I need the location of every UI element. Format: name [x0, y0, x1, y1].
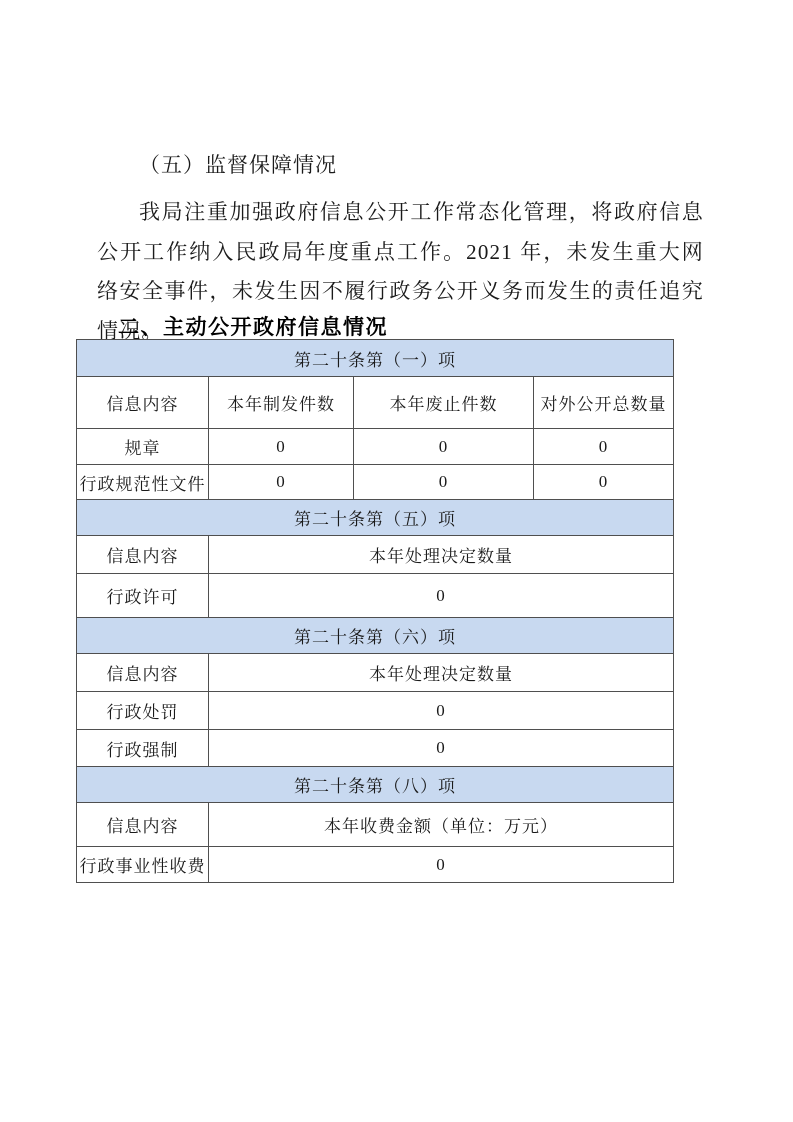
table-row: 行政处罚0 [77, 692, 674, 730]
column-header: 信息内容 [77, 654, 209, 692]
value-cell: 0 [209, 429, 354, 465]
table-row: 行政强制0 [77, 730, 674, 767]
table-row: 行政许可0 [77, 574, 674, 618]
value-cell: 0 [209, 730, 674, 767]
column-header: 信息内容 [77, 536, 209, 574]
section-title: 第二十条第（一）项 [77, 340, 674, 377]
column-header: 本年制发件数 [209, 377, 354, 429]
row-label: 行政规范性文件 [77, 465, 209, 500]
section-title: 第二十条第（五）项 [77, 500, 674, 536]
column-header-row: 信息内容本年处理决定数量 [77, 536, 674, 574]
row-label: 行政事业性收费 [77, 847, 209, 883]
column-header-row: 信息内容本年制发件数本年废止件数对外公开总数量 [77, 377, 674, 429]
disclosure-table-body: 第二十条第（一）项信息内容本年制发件数本年废止件数对外公开总数量规章000行政规… [77, 340, 674, 883]
table-row: 行政事业性收费0 [77, 847, 674, 883]
section-5-heading: （五）监督保障情况 [97, 149, 707, 179]
column-header: 本年处理决定数量 [209, 654, 674, 692]
section-title-row: 第二十条第（六）项 [77, 618, 674, 654]
row-label: 规章 [77, 429, 209, 465]
value-cell: 0 [209, 847, 674, 883]
section-title-row: 第二十条第（八）项 [77, 767, 674, 803]
value-cell: 0 [354, 465, 534, 500]
row-label: 行政强制 [77, 730, 209, 767]
column-header: 信息内容 [77, 377, 209, 429]
table-row: 行政规范性文件000 [77, 465, 674, 500]
value-cell: 0 [209, 574, 674, 618]
row-label: 行政处罚 [77, 692, 209, 730]
column-header: 信息内容 [77, 803, 209, 847]
value-cell: 0 [354, 429, 534, 465]
document-page: （五）监督保障情况 我局注重加强政府信息公开工作常态化管理，将政府信息公开工作纳… [0, 0, 793, 1122]
row-label: 行政许可 [77, 574, 209, 618]
value-cell: 0 [534, 465, 674, 500]
value-cell: 0 [209, 692, 674, 730]
column-header: 对外公开总数量 [534, 377, 674, 429]
disclosure-table: 第二十条第（一）项信息内容本年制发件数本年废止件数对外公开总数量规章000行政规… [76, 339, 674, 883]
column-header: 本年处理决定数量 [209, 536, 674, 574]
section-title-row: 第二十条第（五）项 [77, 500, 674, 536]
section-title: 第二十条第（八）项 [77, 767, 674, 803]
column-header-row: 信息内容本年收费金额（单位：万元） [77, 803, 674, 847]
column-header-row: 信息内容本年处理决定数量 [77, 654, 674, 692]
column-header: 本年收费金额（单位：万元） [209, 803, 674, 847]
section-title-row: 第二十条第（一）项 [77, 340, 674, 377]
section-2-heading: 二、主动公开政府信息情况 [97, 311, 388, 341]
section-title: 第二十条第（六）项 [77, 618, 674, 654]
value-cell: 0 [534, 429, 674, 465]
table-row: 规章000 [77, 429, 674, 465]
column-header: 本年废止件数 [354, 377, 534, 429]
value-cell: 0 [209, 465, 354, 500]
